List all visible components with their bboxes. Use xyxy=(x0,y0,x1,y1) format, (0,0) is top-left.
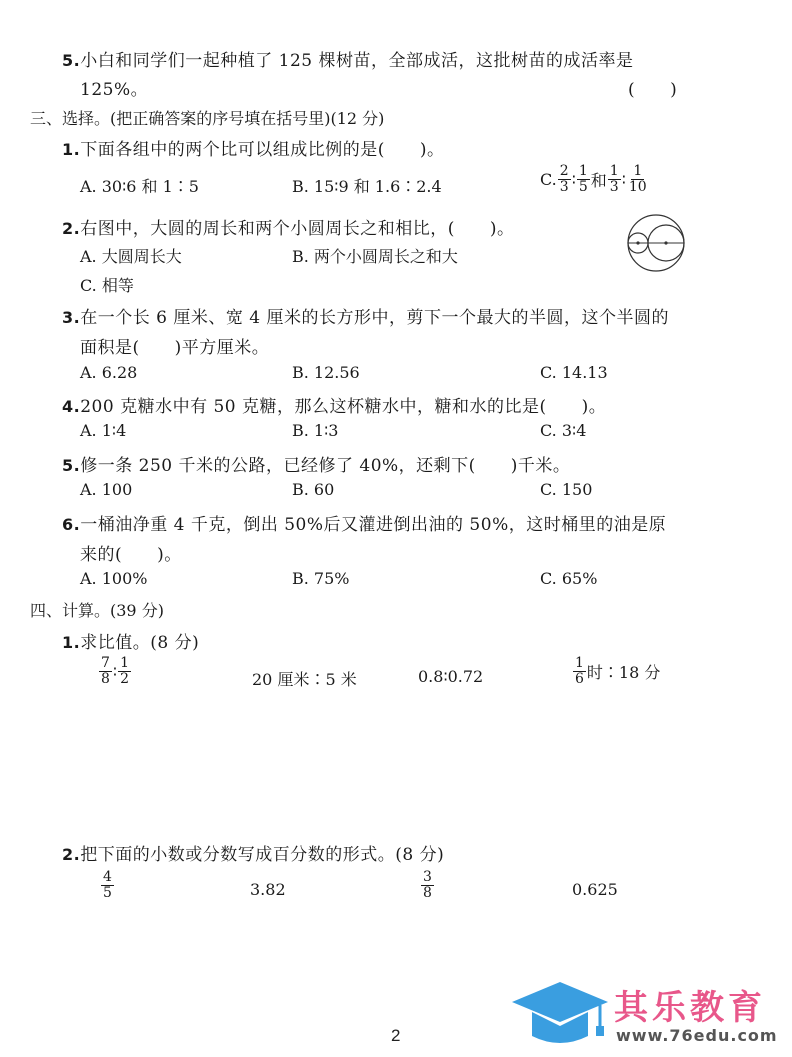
option-c[interactable]: C. 150 xyxy=(540,480,592,499)
judge-question-5-line2: 125%。 xyxy=(80,75,148,100)
choice-question-6-line2: 来的( )。 xyxy=(80,540,182,565)
option-b[interactable]: B. 75% xyxy=(292,569,350,588)
circles-figure xyxy=(624,210,690,278)
answer-bracket[interactable]: ( ) xyxy=(628,75,677,100)
option-a[interactable]: A. 100 xyxy=(80,480,132,499)
fraction: 13 xyxy=(608,164,621,195)
graduation-cap-icon xyxy=(510,978,610,1048)
fraction: 15 xyxy=(577,164,590,195)
choice-question-4: 4.200 克糖水中有 50 克糖，那么这杯糖水中，糖和水的比是( )。 xyxy=(62,392,606,417)
calc-question-2: 2.把下面的小数或分数写成百分数的形式。(8 分) xyxy=(62,840,444,865)
option-c[interactable]: C. 相等 xyxy=(80,273,134,296)
fraction: 110 xyxy=(627,164,649,195)
calc-question-1: 1.求比值。(8 分) xyxy=(62,628,199,653)
option-a[interactable]: A. 1∶4 xyxy=(80,421,126,440)
option-c[interactable]: C. 23 ∶ 15 和 13 ∶ 110 xyxy=(540,164,650,195)
ratio-item-c: 0.8∶0.72 xyxy=(418,667,483,686)
choice-question-5: 5.修一条 250 千米的公路，已经修了 40%，还剩下( )千米。 xyxy=(62,451,570,476)
ratio-item-b: 20 厘米∶5 米 xyxy=(252,667,357,690)
option-b[interactable]: B. 1∶3 xyxy=(292,421,338,440)
choice-question-1: 1.下面各组中的两个比可以组成比例的是( )。 xyxy=(62,135,444,160)
option-b[interactable]: B. 60 xyxy=(292,480,334,499)
choice-question-6: 6.一桶油净重 4 千克，倒出 50%后又灌进倒出油的 50%，这时桶里的油是原 xyxy=(62,510,666,535)
option-c[interactable]: C. 65% xyxy=(540,569,597,588)
section-title-choice: 三、选择。(把正确答案的序号填在括号里)(12 分) xyxy=(30,106,384,129)
option-b[interactable]: B. 15∶9 和 1.6∶2.4 xyxy=(292,174,442,197)
watermark-url: www.76edu.com xyxy=(616,1026,778,1045)
percent-item-c: 38 xyxy=(420,870,435,901)
page-number: 2 xyxy=(391,1026,400,1046)
fraction: 23 xyxy=(558,164,571,195)
section-title-calculation: 四、计算。(39 分) xyxy=(30,598,164,621)
watermark-brand: 其乐教育 xyxy=(614,980,766,1029)
option-b[interactable]: B. 两个小圆周长之和大 xyxy=(292,244,458,267)
choice-question-2: 2.右图中，大圆的周长和两个小圆周长之和相比，( )。 xyxy=(62,214,514,239)
percent-item-b: 3.82 xyxy=(250,880,286,899)
choice-question-3-line2: 面积是( )平方厘米。 xyxy=(80,333,269,358)
percent-item-d: 0.625 xyxy=(572,880,618,899)
option-a[interactable]: A. 100% xyxy=(80,569,147,588)
option-c[interactable]: C. 14.13 xyxy=(540,363,608,382)
choice-question-3: 3.在一个长 6 厘米、宽 4 厘米的长方形中，剪下一个最大的半圆，这个半圆的 xyxy=(62,303,669,328)
option-a[interactable]: A. 6.28 xyxy=(80,363,137,382)
option-a[interactable]: A. 30∶6 和 1∶5 xyxy=(80,174,199,197)
percent-item-a: 45 xyxy=(100,870,115,901)
judge-question-5: 5.小白和同学们一起种植了 125 棵树苗，全部成活，这批树苗的成活率是 xyxy=(62,46,633,71)
ratio-item-d: 16 时∶18 分 xyxy=(572,656,660,687)
option-b[interactable]: B. 12.56 xyxy=(292,363,360,382)
ratio-item-a: 78 ∶ 12 xyxy=(98,656,132,687)
option-c[interactable]: C. 3∶4 xyxy=(540,421,586,440)
option-a[interactable]: A. 大圆周长大 xyxy=(80,244,182,267)
